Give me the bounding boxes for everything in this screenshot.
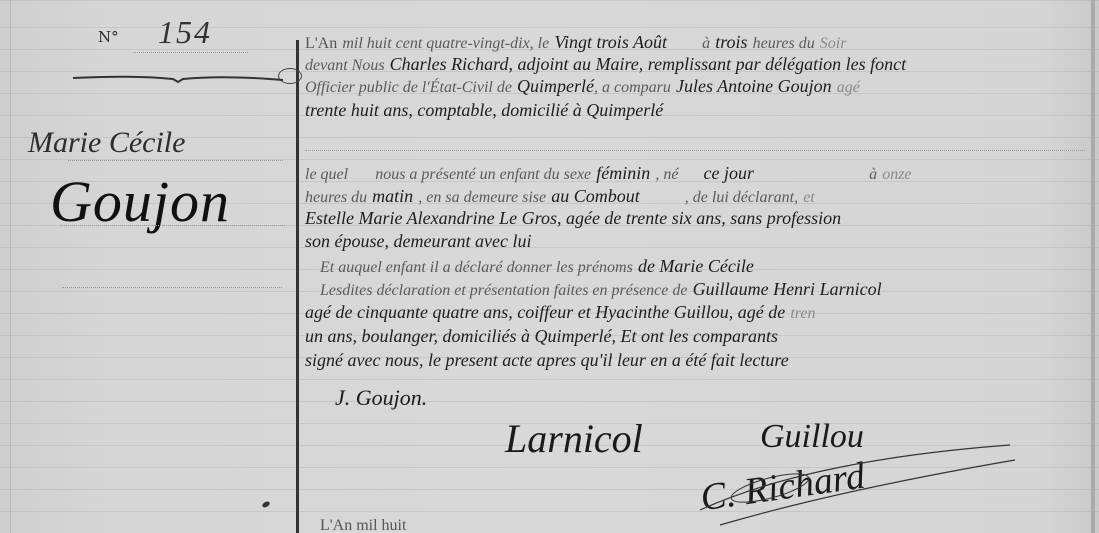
margin-rule [296, 40, 299, 533]
dotted-line [68, 160, 283, 161]
record-line-10: Lesdites déclaration et présentation fai… [320, 279, 882, 300]
record-line-1: L'An mil huit cent quatre-vingt-dix, le … [305, 32, 846, 53]
flourish-divider-icon [73, 74, 283, 84]
register-page: N° 154 Marie Cécile Goujon L'An mil huit… [0, 0, 1099, 533]
page-edge-right [1091, 0, 1095, 533]
record-line-13: signé avec nous, le present acte apres q… [305, 350, 789, 371]
margin-first-names: Marie Cécile [28, 126, 185, 160]
record-number-label: N° [98, 28, 119, 46]
signature-paraph-icon [690, 440, 1020, 530]
record-line-9: Et auquel enfant il a déclaré donner les… [320, 256, 754, 277]
next-record-line: L'An mil huit [320, 515, 406, 533]
record-line-11: agé de cinquante quatre ans, coiffeur et… [305, 302, 816, 323]
record-line-5: le quel nous a présenté un enfant du sex… [305, 163, 912, 184]
signature-witness-1: Larnicol [505, 415, 643, 462]
record-number: N° 154 [98, 28, 119, 46]
record-line-6: heures du matin , en sa demeure sise au … [305, 186, 815, 207]
signature-father: J. Goujon. [335, 385, 427, 411]
dotted-line [305, 150, 1085, 151]
record-line-12: un ans, boulanger, domiciliés à Quimperl… [305, 326, 778, 347]
record-line-4: trente huit ans, comptable, domicilié à … [305, 100, 663, 121]
dotted-line [60, 225, 285, 226]
record-line-8: son épouse, demeurant avec lui [305, 231, 531, 252]
record-line-7: Estelle Marie Alexandrine Le Gros, agée … [305, 208, 841, 229]
page-edge-left [10, 0, 11, 533]
record-number-value: 154 [158, 14, 212, 51]
record-line-3: Officier public de l'État-Civil de Quimp… [305, 76, 860, 97]
dotted-line [62, 287, 282, 288]
dotted-line [133, 52, 248, 53]
record-line-2: devant Nous Charles Richard, adjoint au … [305, 54, 906, 75]
